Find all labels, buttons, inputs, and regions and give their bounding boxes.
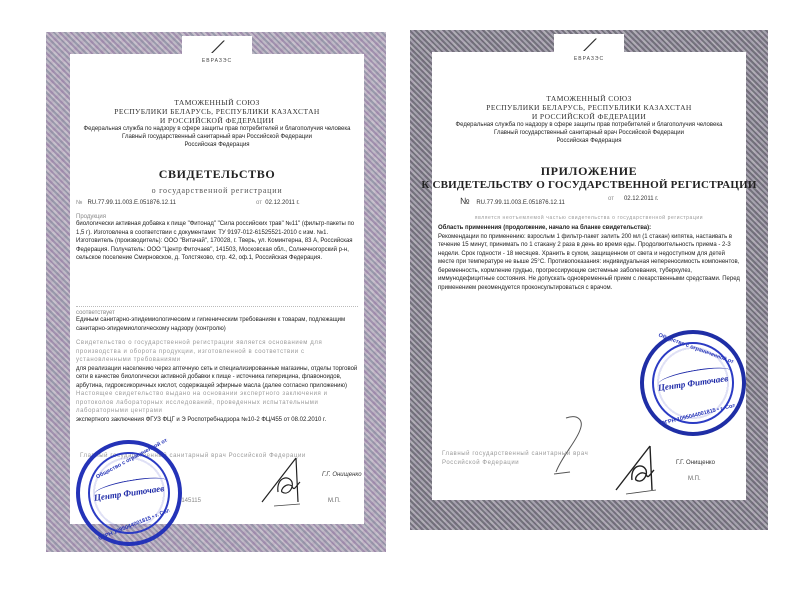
issuer-header: ТАМОЖЕННЫЙ СОЮЗ РЕСПУБЛИКИ БЕЛАРУСЬ, РЕС…: [70, 98, 364, 149]
certificate-document: ⁄⁄⁄ ЕВРАЗЭС ТАМОЖЕННЫЙ СОЮЗ РЕСПУБЛИКИ Б…: [46, 32, 386, 552]
product-description: биологически активная добавка к пище "Фи…: [76, 220, 358, 263]
date-prefix: от: [608, 196, 614, 202]
date-prefix: от: [256, 200, 262, 206]
conformity-section: соответствует Единым санитарно-эпидемиол…: [76, 310, 358, 424]
agency-line-2: Главный государственный санитарный врач …: [432, 129, 746, 137]
signatory-name: Г.Г. Онищенко: [322, 472, 362, 478]
signatory-name: Г.Г. Онищенко: [676, 460, 715, 466]
seal-place-mark: М.П.: [688, 476, 701, 482]
date-value: 02.12.2011 г.: [265, 200, 299, 206]
eurasec-logo: ⁄⁄⁄ ЕВРАЗЭС: [554, 34, 624, 74]
signature-icon: [612, 440, 672, 496]
appendix-title: ПРИЛОЖЕНИЕ: [416, 164, 762, 179]
number-value: RU.77.99.11.003.Е.051876.12.11: [476, 200, 565, 206]
handwritten-mark-icon: [548, 412, 598, 482]
union-line-3: И РОССИЙСКОЙ ФЕДЕРАЦИИ: [432, 112, 746, 121]
logo-caption: ЕВРАЗЭС: [182, 58, 252, 64]
appendix-title-block: ПРИЛОЖЕНИЕ К СВИДЕТЕЛЬСТВУ О ГОСУДАРСТВЕ…: [416, 164, 762, 191]
seal-place-mark: М.П.: [328, 498, 341, 504]
eurasec-logo: ⁄⁄⁄ ЕВРАЗЭС: [182, 36, 252, 76]
certificate-subtitle: о государственной регистрации: [70, 186, 364, 195]
appendix-subtitle: К СВИДЕТЕЛЬСТВУ О ГОСУДАРСТВЕННОЙ РЕГИСТ…: [416, 179, 762, 191]
company-seal: Общество с ограниченной ответственностью…: [76, 440, 182, 546]
number-prefix: №: [460, 196, 470, 206]
certificate-title: СВИДЕТЕЛЬСТВО: [70, 167, 364, 182]
date-value: 02.12.2011 г.: [624, 196, 658, 202]
registration-date: от 02.12.2011 г.: [256, 200, 300, 206]
agency-line-1: Федеральная служба по надзору в сфере за…: [432, 121, 746, 129]
number-prefix: №: [76, 200, 82, 206]
faint-clause-2: Настоящее свидетельство выдано на основа…: [76, 390, 358, 416]
application-scope-section: Область применения (продолжение, начало …: [438, 224, 740, 292]
signature-icon: [258, 452, 318, 508]
scope-text: Рекомендации по применению: взрослым 1 ф…: [438, 233, 740, 293]
signatory-title: Главный государственный санитарный врач …: [442, 450, 592, 467]
product-section: Продукция биологически активная добавка …: [76, 214, 358, 263]
registration-number: № RU.77.99.11.003.Е.051876.12.11: [460, 196, 565, 206]
expert-conclusion: экспертного заключения ФГУЗ ФЦГ и Э Росп…: [76, 416, 358, 425]
company-seal: Общество с ограниченной ответственностью…: [640, 330, 746, 436]
eurasec-emblem-icon: ⁄⁄⁄: [213, 36, 221, 58]
conformity-text: Единым санитарно-эпидемиологическим и ги…: [76, 316, 358, 333]
union-line-1: ТАМОЖЕННЫЙ СОЮЗ: [432, 94, 746, 103]
logo-caption: ЕВРАЗЭС: [554, 56, 624, 62]
divider: [76, 306, 358, 307]
scope-label: Область применения (продолжение, начало …: [438, 224, 740, 233]
registration-date: от 02.12.2011 г.: [608, 196, 658, 202]
agency-line-3: Российская Федерация: [70, 141, 364, 149]
faint-clause-1: Свидетельство о государственной регистра…: [76, 339, 358, 365]
agency-line-2: Главный государственный санитарный врач …: [70, 133, 364, 141]
union-line-3: И РОССИЙСКОЙ ФЕДЕРАЦИИ: [70, 116, 364, 125]
union-line-2: РЕСПУБЛИКИ БЕЛАРУСЬ, РЕСПУБЛИКИ КАЗАХСТА…: [70, 107, 364, 116]
usage-scope: для реализации населению через аптечную …: [76, 365, 358, 391]
certificate-title-block: СВИДЕТЕЛЬСТВО о государственной регистра…: [70, 167, 364, 195]
number-value: RU.77.99.11.003.Е.051876.12.11: [87, 200, 176, 206]
agency-line-3: Российская Федерация: [432, 137, 746, 145]
issuer-header: ТАМОЖЕННЫЙ СОЮЗ РЕСПУБЛИКИ БЕЛАРУСЬ, РЕС…: [432, 94, 746, 145]
appendix-note: является неотъемлемой частью свидетельст…: [442, 214, 736, 223]
union-line-2: РЕСПУБЛИКИ БЕЛАРУСЬ, РЕСПУБЛИКИ КАЗАХСТА…: [432, 103, 746, 112]
eurasec-emblem-icon: ⁄⁄⁄: [585, 34, 593, 56]
appendix-document: ⁄⁄⁄ ЕВРАЗЭС ТАМОЖЕННЫЙ СОЮЗ РЕСПУБЛИКИ Б…: [410, 30, 768, 530]
union-line-1: ТАМОЖЕННЫЙ СОЮЗ: [70, 98, 364, 107]
registration-number: № RU.77.99.11.003.Е.051876.12.11: [76, 200, 176, 206]
agency-line-1: Федеральная служба по надзору в сфере за…: [70, 125, 364, 133]
